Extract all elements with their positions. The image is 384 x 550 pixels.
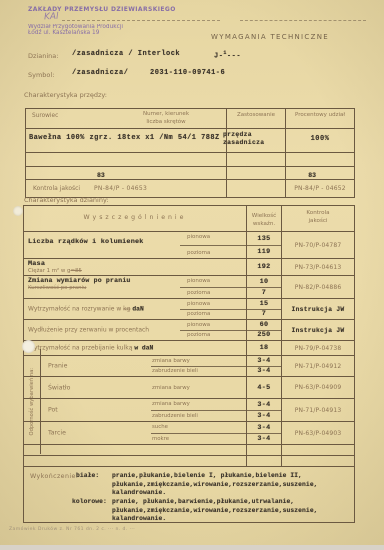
yarn-control-row: 83 83 Kontrola jakości PN-84/P - 04653 P…: [26, 179, 354, 197]
sub-row-divider: [180, 287, 282, 288]
row-name-printed: Ciężar 1 m² w g=85: [28, 268, 82, 274]
sub-row-divider: [151, 366, 282, 367]
finishing-section: Wykończenie: białe: pranie,płukanie,biel…: [24, 466, 354, 522]
row-name: Wydłużenie przy zerwaniu w procentach: [28, 327, 149, 334]
form-print-note: Zamówiek Druków z. Nr 761 dn. 2 c. ··· n…: [9, 527, 135, 532]
col-wielkosc: Wielkośćwskaźn.: [247, 209, 281, 228]
finishing-white-line: kalandrowanie.: [112, 489, 166, 496]
yarn-row: Bawełna 100% zgrz. 18tex x1 /Nm 54/1 788…: [26, 128, 354, 152]
row-name: Liczba rządków i kolumienek: [28, 238, 144, 246]
sub-row-divider: [180, 309, 282, 310]
col-numer: Numer, kierunek liczba skrętów: [108, 111, 224, 126]
col-kontrola: Kontrolajakości: [282, 206, 354, 225]
finishing-color-line: kalandrowanie.: [112, 515, 166, 522]
interlock-code: J-1---: [214, 50, 241, 60]
fastness-vertical-label: Odporność wybarwień na:: [24, 349, 41, 454]
sub-label-pionowa: pionowa: [187, 278, 210, 284]
control-standard: PN-70/P-04787: [295, 242, 342, 249]
fabric-table-header-row: Wyszczególnienie Wielkośćwskaźn. Kontrol…: [24, 206, 354, 231]
dzianina-value: /zasadnicza / Interlock: [72, 50, 180, 58]
control-standard-right: PN-84/P - 04652: [286, 180, 354, 192]
fabric-row-masa: Masa Ciężar 1 m² w g=85 192 PN-73/P-0461…: [24, 258, 354, 275]
symbol-label: Symbol:: [28, 71, 54, 79]
row-name-typed: Masa: [28, 260, 45, 268]
fastness-row-tarcie: Tarcie suche mokre 3-4 3-4 PN-63/P-04903: [24, 421, 354, 444]
fabric-row-przebijanie: Wytrzymałość na przebijanie kulką w daN …: [24, 340, 354, 355]
paper-blemish: [13, 206, 23, 216]
control-standard: PN-63/P-04909: [295, 384, 342, 391]
finishing-color-label: kolorowe:: [72, 498, 107, 505]
yarn-empty-row: [26, 166, 354, 179]
yarn-table-header-row: Surowiec Numer, kierunek liczba skrętów …: [26, 109, 354, 128]
control-standard: PN-71/P-04912: [295, 363, 342, 370]
sub-row-divider: [180, 245, 282, 246]
control-correction-left: 83: [97, 172, 105, 179]
control-standard: PN-63/P-04903: [295, 430, 342, 437]
fastness-name: Światło: [48, 384, 70, 391]
value-pozioma: 119: [247, 248, 281, 256]
fastness-name: Tarcie: [48, 430, 66, 437]
value: 192: [247, 263, 281, 271]
company-stamp: ZAKŁADY PRZEMYSŁU DZIEWIARSKIEGO KAl Wyd…: [28, 6, 176, 36]
finishing-color-line: płukanie,zmiękczanie,wirowanie,rozszerza…: [112, 507, 318, 514]
col-udzial: Procentowy udział: [286, 109, 354, 128]
finishing-white-line: płukanie,zmiękczanie,wirowanie,rozszerza…: [112, 481, 318, 488]
control-standard: PN-73/P-04613: [295, 264, 342, 271]
fastness-name: Pot: [48, 407, 58, 414]
fastness-name: Pranie: [48, 363, 67, 370]
finishing-label: Wykończenie:: [30, 473, 78, 480]
yarn-material: Bawełna 100% zgrz. 18tex x1 /Nm 54/1 788…: [29, 134, 220, 142]
finishing-white-line: pranie,płukanie,bielenie I, płukanie,bie…: [112, 472, 302, 479]
row-name-printed: Kurczliwość po praniu: [28, 285, 86, 291]
fastness-row-pranie: Pranie zmiana barwy zabrudzenie bieli 3-…: [24, 355, 354, 376]
symbol-value: /zasadnicza/: [72, 69, 128, 77]
symbol-code: 2031-110-09741-6: [150, 69, 225, 77]
control-standard: PN-71/P-04913: [295, 407, 342, 414]
fabric-table: Wyszczególnienie Wielkośćwskaźn. Kontrol…: [23, 205, 355, 523]
yarn-table: Surowiec Numer, kierunek liczba skrętów …: [25, 108, 355, 198]
fabric-empty-row: [24, 455, 354, 466]
row-name: Wytrzymałość na rozrywanie w kg daN: [28, 306, 144, 313]
sub-row-divider: [180, 330, 282, 331]
row-name: Wytrzymałość na przebijanie kulką w daN: [28, 345, 153, 352]
sub-label-pozioma: pozioma: [187, 290, 210, 296]
yarn-share: 100%: [286, 129, 354, 143]
control-correction-right: 83: [308, 172, 316, 179]
yarn-section-heading: Charakterystyka przędzy:: [24, 91, 107, 99]
col-surowiec: Surowiec: [32, 113, 58, 119]
page-title: WYMAGANIA TECHNICZNE: [180, 33, 360, 41]
yarn-empty-row: [26, 152, 354, 166]
control-standard: PN-79/P-04738: [295, 345, 342, 352]
sub-row-divider: [151, 410, 282, 411]
scanner-edge: [0, 545, 384, 550]
fabric-row-wydluzenie: Wydłużenie przy zerwaniu w procentach pi…: [24, 319, 354, 340]
value-pionowa: 135: [247, 235, 281, 243]
dashed-rule-left: [62, 20, 220, 21]
fabric-row-liczba-rzadkow: Liczba rządków i kolumienek pionowa pozi…: [24, 231, 354, 258]
fastness-row-pot: Pot zmiana barwy zabrudzenie bieli 3-4 3…: [24, 398, 354, 421]
stamp-address: Łódź ul. Kasztelańska 19: [28, 30, 176, 36]
finishing-white-label: białe:: [76, 472, 99, 479]
hole-punch: [22, 340, 35, 353]
control-label: Kontrola jakości: [33, 185, 80, 192]
col-zastosowanie: Zastosowanie: [227, 109, 286, 128]
fastness-row-swiatlo: Światło zmiana barwy 4-5 PN-63/P-04909: [24, 376, 354, 398]
finishing-color-line: pranie, płukanie,barwienie,płukanie,utrw…: [112, 498, 294, 505]
document-page: ZAKŁADY PRZEMYSŁU DZIEWIARSKIEGO KAl Wyd…: [0, 0, 384, 550]
yarn-application: przędza zasadnicza: [223, 131, 264, 146]
fabric-row-wytrzymalosc-rozrywanie: Wytrzymałość na rozrywanie w kg daN pion…: [24, 298, 354, 319]
row-name-typed: Zmiana wymiarów po praniu: [28, 277, 131, 284]
fabric-section-heading: Charakterystyka dzianiny:: [24, 196, 109, 204]
control-standard-left: PN-84/P - 04653: [94, 185, 147, 192]
dashed-rule-right: [240, 20, 366, 21]
dzianina-label: Dzianina:: [28, 52, 58, 60]
sub-label-pozioma: pozioma: [187, 250, 210, 256]
fabric-row-zmiana-wymiarow: Zmiana wymiarów po praniu Kurczliwość po…: [24, 275, 354, 298]
control-standard: PN-82/P-04886: [295, 284, 342, 291]
sub-label-pionowa: pionowa: [187, 234, 210, 240]
control-instruction: Instrukcja JW: [291, 327, 344, 334]
control-instruction: Instrukcja JW: [291, 306, 344, 313]
fabric-empty-row: [24, 444, 354, 455]
sub-row-divider: [151, 433, 282, 434]
col-wyszczegolnienie: Wyszczególnienie: [24, 214, 246, 221]
handwritten-initials: KAl: [44, 12, 59, 23]
